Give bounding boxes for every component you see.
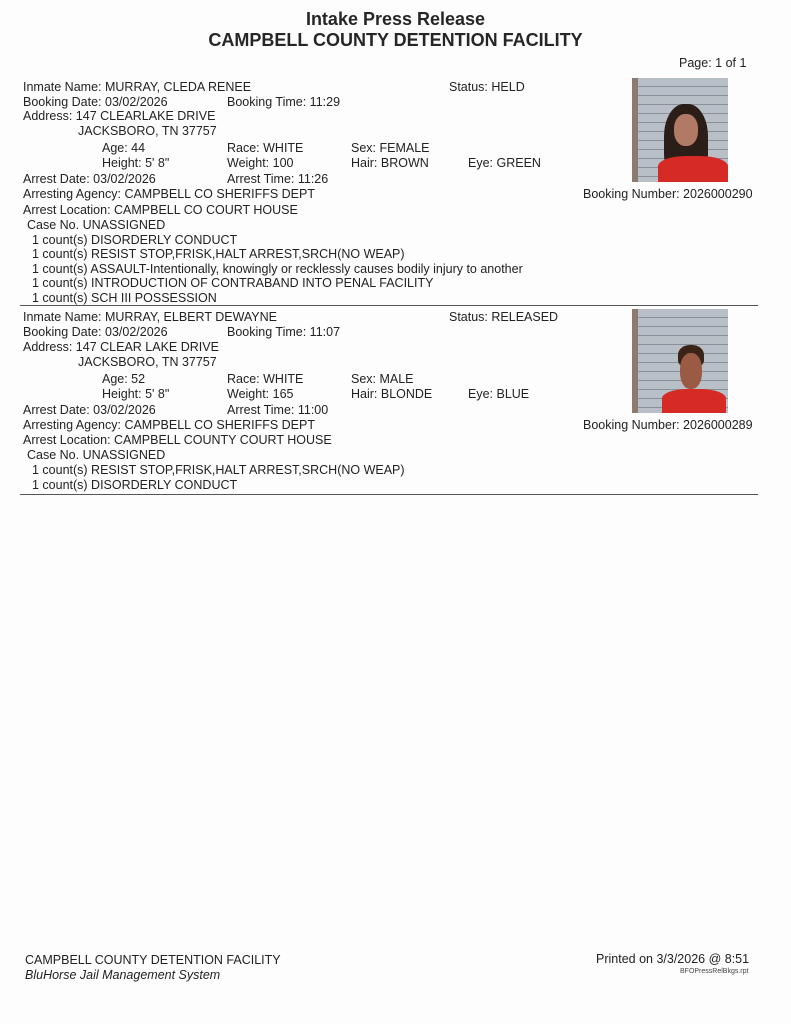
charge: 1 count(s) RESIST STOP,FRISK,HALT ARREST…: [32, 247, 405, 262]
booking-time: Booking Time: 11:29: [227, 95, 340, 110]
arresting-agency: Arresting Agency: CAMPBELL CO SHERIFFS D…: [23, 418, 315, 433]
weight: Weight: 100: [227, 156, 293, 171]
printed-timestamp: Printed on 3/3/2026 @ 8:51: [596, 952, 749, 966]
height: Height: 5' 8": [102, 387, 169, 402]
record-divider: [20, 305, 758, 306]
address-line2: JACKSBORO, TN 37757: [78, 355, 217, 370]
race: Race: WHITE: [227, 372, 303, 387]
age: Age: 52: [102, 372, 145, 387]
arrest-time: Arrest Time: 11:26: [227, 172, 328, 187]
report-title: Intake Press Release: [0, 9, 791, 30]
charge: 1 count(s) SCH III POSSESSION: [32, 291, 217, 306]
arrest-date: Arrest Date: 03/02/2026: [23, 403, 156, 418]
sex: Sex: MALE: [351, 372, 414, 387]
status: Status: RELEASED: [449, 310, 558, 325]
weight: Weight: 165: [227, 387, 293, 402]
hair: Hair: BROWN: [351, 156, 429, 171]
arrest-location: Arrest Location: CAMPBELL CO COURT HOUSE: [23, 203, 298, 218]
arresting-agency: Arresting Agency: CAMPBELL CO SHERIFFS D…: [23, 187, 315, 202]
charge: 1 count(s) ASSAULT-Intentionally, knowin…: [32, 262, 523, 277]
race: Race: WHITE: [227, 141, 303, 156]
address-line1: Address: 147 CLEARLAKE DRIVE: [23, 109, 215, 124]
eye: Eye: BLUE: [468, 387, 529, 402]
page-number: Page: 1 of 1: [679, 56, 746, 70]
age: Age: 44: [102, 141, 145, 156]
arrest-location: Arrest Location: CAMPBELL COUNTY COURT H…: [23, 433, 332, 448]
mugshot-photo: [632, 78, 728, 182]
charge: 1 count(s) INTRODUCTION OF CONTRABAND IN…: [32, 276, 433, 291]
record-divider: [20, 494, 758, 495]
footer-facility: CAMPBELL COUNTY DETENTION FACILITY: [25, 953, 281, 967]
status: Status: HELD: [449, 80, 525, 95]
sex: Sex: FEMALE: [351, 141, 430, 156]
booking-number: Booking Number: 2026000289: [583, 418, 753, 433]
case-number: Case No. UNASSIGNED: [27, 448, 165, 463]
booking-date: Booking Date: 03/02/2026: [23, 95, 168, 110]
eye: Eye: GREEN: [468, 156, 541, 171]
arrest-time: Arrest Time: 11:00: [227, 403, 328, 418]
address-line1: Address: 147 CLEAR LAKE DRIVE: [23, 340, 219, 355]
report-filename: BFOPressRelBkgs.rpt: [680, 968, 748, 975]
inmate-name: Inmate Name: MURRAY, ELBERT DEWAYNE: [23, 310, 277, 325]
booking-date: Booking Date: 03/02/2026: [23, 325, 168, 340]
mugshot-photo: [632, 309, 728, 413]
case-number: Case No. UNASSIGNED: [27, 218, 165, 233]
charge: 1 count(s) DISORDERLY CONDUCT: [32, 233, 237, 248]
hair: Hair: BLONDE: [351, 387, 432, 402]
facility-title: CAMPBELL COUNTY DETENTION FACILITY: [0, 30, 791, 51]
charge: 1 count(s) RESIST STOP,FRISK,HALT ARREST…: [32, 463, 405, 478]
inmate-name: Inmate Name: MURRAY, CLEDA RENEE: [23, 80, 251, 95]
charge: 1 count(s) DISORDERLY CONDUCT: [32, 478, 237, 493]
height: Height: 5' 8": [102, 156, 169, 171]
arrest-date: Arrest Date: 03/02/2026: [23, 172, 156, 187]
booking-time: Booking Time: 11:07: [227, 325, 340, 340]
booking-number: Booking Number: 2026000290: [583, 187, 753, 202]
address-line2: JACKSBORO, TN 37757: [78, 124, 217, 139]
footer-system: BluHorse Jail Management System: [25, 968, 220, 982]
